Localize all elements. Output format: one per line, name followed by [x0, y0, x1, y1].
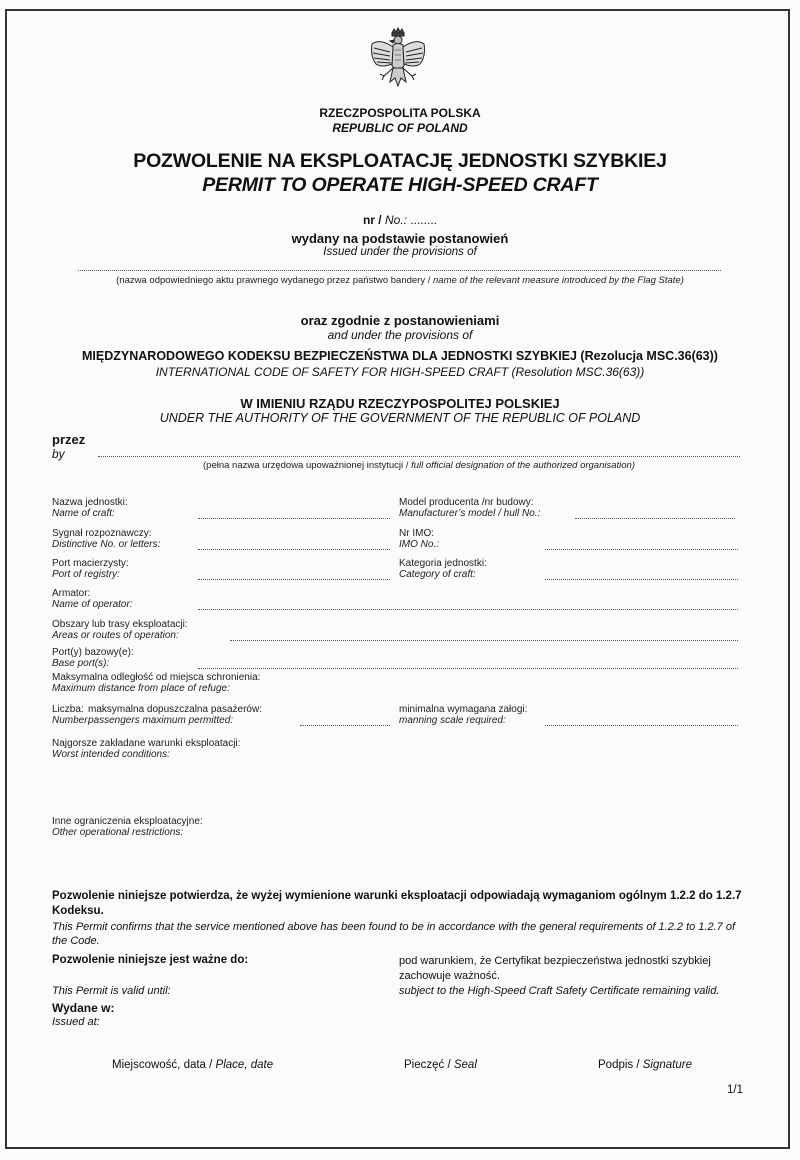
place-date-label-pl: Miejscowość, data /	[112, 1059, 216, 1071]
by-label-pl: przez	[52, 432, 85, 447]
areas-label-en: Areas or routes of operation:	[52, 630, 179, 641]
port-of-registry-field[interactable]	[198, 579, 390, 580]
passengers-field[interactable]	[300, 725, 390, 726]
signature-label-pl: Podpis /	[598, 1059, 643, 1071]
manufacturer-model-field[interactable]	[575, 518, 735, 519]
number-label-en: Number:	[52, 715, 90, 726]
valid-until-label-en: This Permit is valid until:	[52, 985, 171, 997]
and-under-label-en: and under the provisions of	[0, 328, 800, 342]
manufacturer-model-label-en: Manufacturer’s model / hull No.:	[399, 508, 540, 519]
authority-label-pl: W IMIENIU RZĄDU RZECZYPOSPOLITEJ POLSKIE…	[0, 396, 800, 411]
worst-conditions-label-pl: Najgorsze zakładane warunki eksploatacji…	[52, 738, 240, 749]
passengers-label-en: passengers maximum permitted:	[88, 715, 233, 726]
permit-number-field[interactable]: ........	[410, 213, 437, 227]
caption-en: full official designation of the authori…	[411, 460, 635, 471]
issued-under-label-pl: wydany na podstawie postanowień	[0, 231, 800, 246]
areas-label-pl: Obszary lub trasy eksploatacji:	[52, 619, 188, 630]
caption-pl: (pełna nazwa urzędowa upoważnionej insty…	[203, 460, 411, 471]
country-name-pl: RZECZPOSPOLITA POLSKA	[0, 106, 800, 120]
other-restrictions-label-en: Other operational restrictions:	[52, 827, 183, 838]
authority-label-en: UNDER THE AUTHORITY OF THE GOVERNMENT OF…	[0, 411, 800, 425]
valid-until-label-pl: Pozwolenie niniejsze jest ważne do:	[52, 954, 248, 966]
flag-state-measure-caption: (nazwa odpowiedniego aktu prawnego wydan…	[0, 275, 800, 286]
manufacturer-model-label-pl: Model producenta /nr budowy:	[399, 497, 534, 508]
distinctive-no-label-en: Distinctive No. or letters:	[52, 539, 160, 550]
category-field[interactable]	[545, 579, 738, 580]
validity-condition-en: subject to the High-Speed Craft Safety C…	[399, 985, 719, 997]
imo-no-field[interactable]	[545, 549, 738, 550]
document-title-pl: POZWOLENIE NA EKSPLOATACJĘ JEDNOSTKI SZY…	[0, 150, 800, 173]
port-of-registry-label-en: Port of registry:	[52, 569, 120, 580]
permit-number-label-pl: nr /	[363, 213, 385, 227]
permit-number: nr / No.: ........	[0, 213, 800, 227]
by-label-en: by	[52, 447, 65, 461]
and-under-label-pl: oraz zgodnie z postanowieniami	[0, 313, 800, 328]
passengers-label-pl: maksymalna dopuszczalna pasażerów:	[88, 704, 262, 715]
base-ports-field[interactable]	[198, 668, 738, 669]
max-distance-label-pl: Maksymalna odległość od miejsca schronie…	[52, 672, 260, 683]
country-name-en: REPUBLIC OF POLAND	[0, 121, 800, 135]
issued-at-label-pl: Wydane w:	[52, 1001, 114, 1015]
craft-name-label-pl: Nazwa jednostki:	[52, 497, 128, 508]
validity-condition-pl: pod warunkiem, że Certyfikat bezpieczeńs…	[399, 954, 749, 984]
permit-number-label-en: No.:	[385, 213, 407, 227]
imo-no-label-pl: Nr IMO:	[399, 528, 434, 539]
issued-at-label-en: Issued at:	[52, 1016, 100, 1028]
craft-name-label-en: Name of craft:	[52, 508, 115, 519]
operator-label-pl: Armator:	[52, 588, 90, 599]
polish-eagle-emblem-icon	[362, 26, 434, 98]
caption-en: name of the relevant measure introduced …	[433, 275, 684, 286]
category-label-pl: Kategoria jednostki:	[399, 558, 487, 569]
authorized-organisation-field[interactable]	[98, 456, 740, 457]
worst-conditions-label-en: Worst intended conditions:	[52, 749, 170, 760]
number-label-pl: Liczba:	[52, 704, 84, 715]
operator-label-en: Name of operator:	[52, 599, 133, 610]
base-ports-label-en: Base port(s):	[52, 658, 109, 669]
page-number: 1/1	[727, 1084, 743, 1096]
place-date-label-en: Place, date	[216, 1059, 274, 1071]
caption-pl: (nazwa odpowiedniego aktu prawnego wydan…	[116, 275, 433, 286]
seal-label-pl: Pieczęć /	[404, 1059, 454, 1071]
compliance-statement-en: This Permit confirms that the service me…	[52, 920, 752, 948]
place-date-label: Miejscowość, data / Place, date	[112, 1059, 273, 1071]
document-title-en: PERMIT TO OPERATE HIGH-SPEED CRAFT	[0, 174, 800, 197]
manning-label-en: manning scale required:	[399, 715, 506, 726]
manning-field[interactable]	[545, 725, 738, 726]
code-name-pl: MIĘDZYNARODOWEGO KODEKSU BEZPIECZEŃSTWA …	[0, 349, 800, 363]
imo-no-label-en: IMO No.:	[399, 539, 439, 550]
distinctive-no-label-pl: Sygnał rozpoznawczy:	[52, 528, 152, 539]
craft-name-field[interactable]	[198, 518, 390, 519]
issued-under-label-en: Issued under the provisions of	[0, 246, 800, 258]
signature-label-en: Signature	[643, 1059, 692, 1071]
flag-state-measure-field[interactable]	[78, 270, 721, 271]
other-restrictions-label-pl: Inne ograniczenia eksploatacyjne:	[52, 816, 203, 827]
seal-label: Pieczęć / Seal	[404, 1059, 477, 1071]
base-ports-label-pl: Port(y) bazowy(e):	[52, 647, 134, 658]
compliance-statement-pl: Pozwolenie niniejsze potwierdza, że wyże…	[52, 889, 752, 919]
category-label-en: Category of craft:	[399, 569, 476, 580]
max-distance-label-en: Maximum distance from place of refuge:	[52, 683, 230, 694]
code-name-en: INTERNATIONAL CODE OF SAFETY FOR HIGH-SP…	[0, 365, 800, 379]
manning-label-pl: minimalna wymagana załogi:	[399, 704, 527, 715]
signature-label: Podpis / Signature	[598, 1059, 692, 1071]
operator-field[interactable]	[198, 609, 738, 610]
distinctive-no-field[interactable]	[198, 549, 390, 550]
areas-field[interactable]	[230, 640, 738, 641]
seal-label-en: Seal	[454, 1059, 477, 1071]
authorized-organisation-caption: (pełna nazwa urzędowa upoważnionej insty…	[98, 460, 740, 471]
port-of-registry-label-pl: Port macierzysty:	[52, 558, 129, 569]
